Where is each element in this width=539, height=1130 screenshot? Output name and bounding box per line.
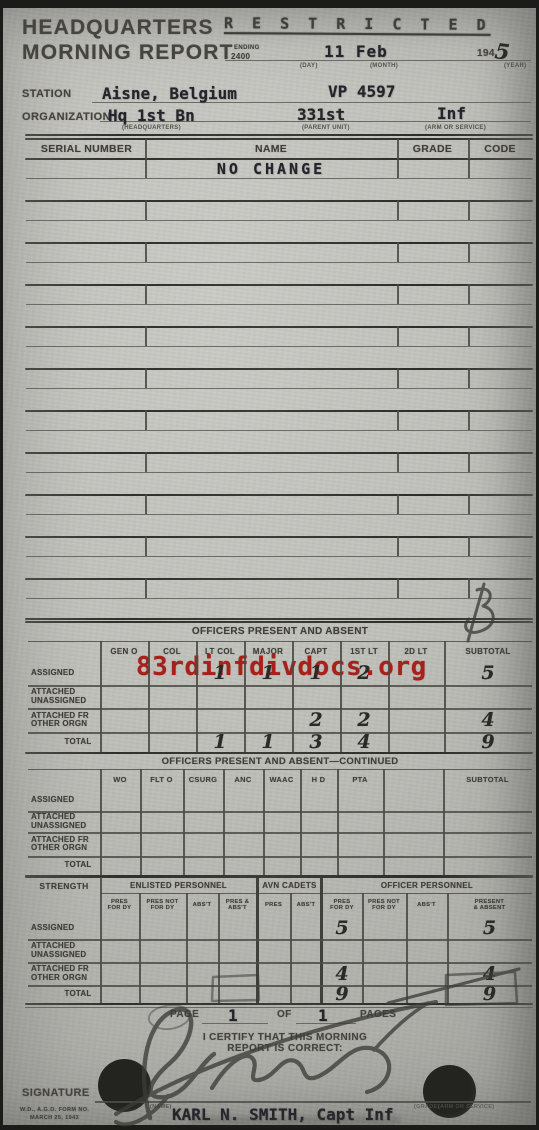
- officers-row-label: ATTACHED UNASSIGNED: [31, 685, 97, 708]
- strength-row-label: ATTACHED UNASSIGNED: [31, 939, 97, 962]
- of-label: OF: [277, 1009, 292, 1020]
- column-rule: [468, 578, 470, 598]
- light-rule: [26, 598, 532, 599]
- strength-subcolumn-header: ABS'T: [186, 894, 218, 916]
- organization-arm-caption: (ARM OR SERVICE): [425, 125, 486, 131]
- light-rule: [26, 178, 532, 179]
- column-rule: [397, 326, 399, 346]
- form-title-morning-report: MORNING REPORT: [22, 41, 234, 65]
- column-rule: [383, 769, 385, 875]
- arm-service-caption: (ARM OR SERVICE): [438, 1104, 494, 1110]
- officers-continued-row-label: TOTAL: [31, 856, 111, 875]
- strength-value: 5: [322, 917, 362, 939]
- form-content: HEADQUARTERS MORNING REPORT R E S T R I …: [0, 0, 539, 1130]
- light-rule: [26, 262, 532, 263]
- day-caption: (DAY): [300, 63, 318, 69]
- column-rule: [300, 769, 302, 875]
- column-rule: [468, 494, 470, 514]
- heavy-rule: [25, 578, 533, 580]
- officers-continued-column-header: ANC: [223, 770, 263, 788]
- heavy-rule: [25, 134, 533, 136]
- medium-rule: [28, 811, 532, 813]
- form-number-line-2: MARCH 25, 1943: [30, 1115, 79, 1121]
- roster-column-header: CODE: [468, 140, 532, 157]
- roster-column-header: GRADE: [397, 140, 468, 157]
- pages-label: PAGES: [360, 1009, 396, 1020]
- officers-column-header: 2D LT: [388, 642, 444, 660]
- column-rule: [397, 284, 399, 304]
- strength-group-title: OFFICER PERSONNEL: [322, 878, 532, 893]
- column-rule: [397, 410, 399, 430]
- form-title-headquarters: HEADQUARTERS: [22, 16, 214, 40]
- light-rule: [26, 472, 532, 473]
- strength-subcolumn-header: PRES FOR DY: [100, 894, 139, 916]
- medium-rule: [28, 939, 532, 941]
- roster-column-header: NAME: [145, 140, 397, 157]
- officers-title: OFFICERS PRESENT AND ABSENT: [28, 623, 532, 640]
- officers-continued-column-header: H D: [300, 770, 337, 788]
- light-rule: [26, 304, 532, 305]
- morning-report-scan: HEADQUARTERS MORNING REPORT R E S T R I …: [0, 0, 539, 1130]
- column-rule: [148, 641, 150, 752]
- column-rule: [468, 452, 470, 472]
- officers-value: 9: [444, 732, 532, 752]
- officers-value: 2: [340, 661, 388, 685]
- column-rule: [397, 578, 399, 598]
- column-rule: [145, 410, 147, 430]
- form-number-line-1: W.D., A.G.O. FORM NO.: [20, 1107, 89, 1113]
- strength-value: 9: [322, 985, 362, 1003]
- column-rule: [145, 242, 147, 262]
- column-rule: [397, 200, 399, 220]
- officers-value: 2: [340, 708, 388, 732]
- heavy-rule: [25, 326, 533, 328]
- officers-continued-column-header: CSURG: [183, 770, 223, 788]
- organization-unit-caption: (HEADQUARTERS): [122, 125, 181, 131]
- officers-value: 1: [244, 661, 292, 685]
- strength-group-title: ENLISTED PERSONNEL: [100, 878, 257, 893]
- column-rule: [397, 368, 399, 388]
- column-rule: [468, 326, 470, 346]
- officers-column-header: LT COL: [196, 642, 244, 660]
- officers-column-header: COL: [148, 642, 196, 660]
- strength-subcolumn-header: PRES: [257, 894, 290, 916]
- column-rule: [145, 368, 147, 388]
- officers-value: 1: [292, 661, 340, 685]
- column-rule: [468, 242, 470, 262]
- certify-line-2: REPORT IS CORRECT:: [100, 1043, 470, 1054]
- column-rule: [397, 494, 399, 514]
- strength-row-label: ASSIGNED: [31, 917, 97, 939]
- column-rule: [468, 158, 470, 178]
- strength-subcolumn-header: PRES NOT FOR DY: [139, 894, 186, 916]
- medium-rule: [28, 832, 532, 834]
- strength-subcolumn-header: PRESENT & ABSENT: [447, 894, 532, 916]
- heavy-rule: [25, 368, 533, 370]
- column-rule: [183, 769, 185, 875]
- certify-line-1: I CERTIFY THAT THIS MORNING: [100, 1032, 470, 1043]
- heavy-rule: [25, 200, 533, 202]
- organization-typed-arm: Inf: [437, 104, 466, 123]
- officers-value: 1: [244, 732, 292, 752]
- year-handwritten-digit: 5: [494, 38, 512, 65]
- signature-rule: [95, 1101, 531, 1103]
- officers-row-label: TOTAL: [31, 732, 111, 752]
- medium-rule: [28, 685, 532, 687]
- light-rule: [26, 514, 532, 515]
- heavy-rule: [25, 242, 533, 244]
- officers-continued-column-header: [383, 770, 443, 788]
- organization-typed-parent: 331st: [297, 105, 345, 124]
- strength-label: STRENGTH: [28, 878, 100, 893]
- officers-value: 4: [340, 732, 388, 752]
- station-typed-code: VP 4597: [328, 82, 395, 101]
- light-rule: [26, 220, 532, 221]
- light-rule: [25, 1007, 533, 1008]
- column-rule: [397, 242, 399, 262]
- column-rule: [145, 284, 147, 304]
- officers-value: 4: [444, 708, 532, 732]
- station-label: STATION: [22, 88, 71, 100]
- column-rule: [397, 139, 399, 158]
- ending-label: ENDING: [234, 45, 260, 51]
- column-rule: [468, 200, 470, 220]
- officers-column-header: SUBTOTAL: [444, 642, 532, 660]
- column-rule: [223, 769, 225, 875]
- column-rule: [145, 326, 147, 346]
- column-rule: [468, 139, 470, 158]
- signature-label: SIGNATURE: [22, 1087, 90, 1099]
- punch-hole-left: [98, 1059, 151, 1112]
- column-rule: [145, 452, 147, 472]
- heavy-rule: [25, 284, 533, 286]
- typed-date: 11 Feb: [324, 42, 388, 61]
- light-rule: [26, 556, 532, 557]
- station-typed-value: Aisne, Belgium: [102, 84, 237, 103]
- officers-continued-row-label: ATTACHED UNASSIGNED: [31, 811, 97, 832]
- strength-row-label: TOTAL: [31, 985, 111, 1003]
- light-rule: [26, 430, 532, 431]
- strength-subcolumn-header: ABS'T: [406, 894, 447, 916]
- officers-column-header: 1ST LT: [340, 642, 388, 660]
- officers-row-label: ATTACHED FR OTHER ORGN: [31, 708, 97, 732]
- heavy-rule: [25, 494, 533, 496]
- officers-continued-title: OFFICERS PRESENT AND ABSENT—CONTINUED: [28, 754, 532, 768]
- column-rule: [145, 536, 147, 556]
- officers-value: 5: [444, 661, 532, 685]
- year-printed: 194: [477, 48, 495, 59]
- column-rule: [443, 769, 445, 875]
- officers-row-label: ASSIGNED: [31, 661, 97, 685]
- heavy-rule: [25, 536, 533, 538]
- strength-subcolumn-header: PRES FOR DY: [322, 894, 362, 916]
- pages-count: 1: [318, 1006, 328, 1025]
- column-rule: [337, 769, 339, 875]
- column-rule: [388, 641, 390, 752]
- organization-parent-caption: (PARENT UNIT): [302, 125, 350, 131]
- column-rule: [397, 452, 399, 472]
- officers-column-header: GEN O: [100, 642, 148, 660]
- column-rule: [145, 139, 147, 158]
- organization-label: ORGANIZATION: [22, 111, 111, 123]
- column-rule: [468, 284, 470, 304]
- column-rule: [468, 368, 470, 388]
- page-number: 1: [228, 1006, 238, 1025]
- page-label: PAGE: [170, 1009, 199, 1020]
- punch-hole-right: [423, 1065, 476, 1118]
- organization-typed-unit: Hq 1st Bn: [108, 106, 195, 125]
- officers-column-header: CAPT: [292, 642, 340, 660]
- strength-value: 5: [447, 917, 532, 939]
- month-caption: (MONTH): [370, 63, 398, 69]
- year-caption: (YEAR): [504, 63, 526, 69]
- officers-value: 3: [292, 732, 340, 752]
- column-rule: [145, 200, 147, 220]
- name-caption: (NAME): [150, 1104, 172, 1110]
- officers-column-header: MAJOR: [244, 642, 292, 660]
- officers-continued-row-label: ATTACHED FR OTHER ORGN: [31, 832, 97, 856]
- heavy-rule: [25, 452, 533, 454]
- strength-row-label: ATTACHED FR OTHER ORGN: [31, 962, 97, 985]
- column-rule: [145, 578, 147, 598]
- strength-subcolumn-header: PRES NOT FOR DY: [362, 894, 406, 916]
- grade-caption: (GRADE): [414, 1104, 440, 1110]
- officers-continued-column-header: SUBTOTAL: [443, 770, 532, 788]
- strength-value: 9: [447, 985, 532, 1003]
- officers-continued-column-header: FLT O: [140, 770, 183, 788]
- heavy-rule: [25, 410, 533, 412]
- column-rule: [263, 769, 265, 875]
- column-rule: [468, 410, 470, 430]
- column-rule: [145, 494, 147, 514]
- officers-continued-column-header: WO: [100, 770, 140, 788]
- strength-value: 4: [447, 962, 532, 985]
- officers-continued-column-header: PTA: [337, 770, 383, 788]
- column-rule: [140, 769, 142, 875]
- strength-value: 4: [322, 962, 362, 985]
- light-rule: [26, 388, 532, 389]
- roster-column-header: SERIAL NUMBER: [28, 140, 145, 157]
- restricted-stamp: R E S T R I C T E D: [224, 14, 491, 34]
- roster-entry-no-change: NO CHANGE: [145, 160, 427, 178]
- faint-overprint-smudge: [190, 1116, 400, 1125]
- heavy-rule: [25, 618, 533, 620]
- strength-subcolumn-header: ABS'T: [290, 894, 322, 916]
- column-rule: [468, 536, 470, 556]
- light-rule: [26, 346, 532, 347]
- officers-value: 1: [196, 732, 244, 752]
- strength-group-title: AVN CADETS: [257, 878, 322, 893]
- officers-value: 1: [196, 661, 244, 685]
- officers-continued-row-label: ASSIGNED: [31, 789, 97, 811]
- strength-subcolumn-header: PRES & ABS'T: [218, 894, 257, 916]
- officers-value: 2: [292, 708, 340, 732]
- column-rule: [397, 536, 399, 556]
- officers-continued-column-header: WAAC: [263, 770, 300, 788]
